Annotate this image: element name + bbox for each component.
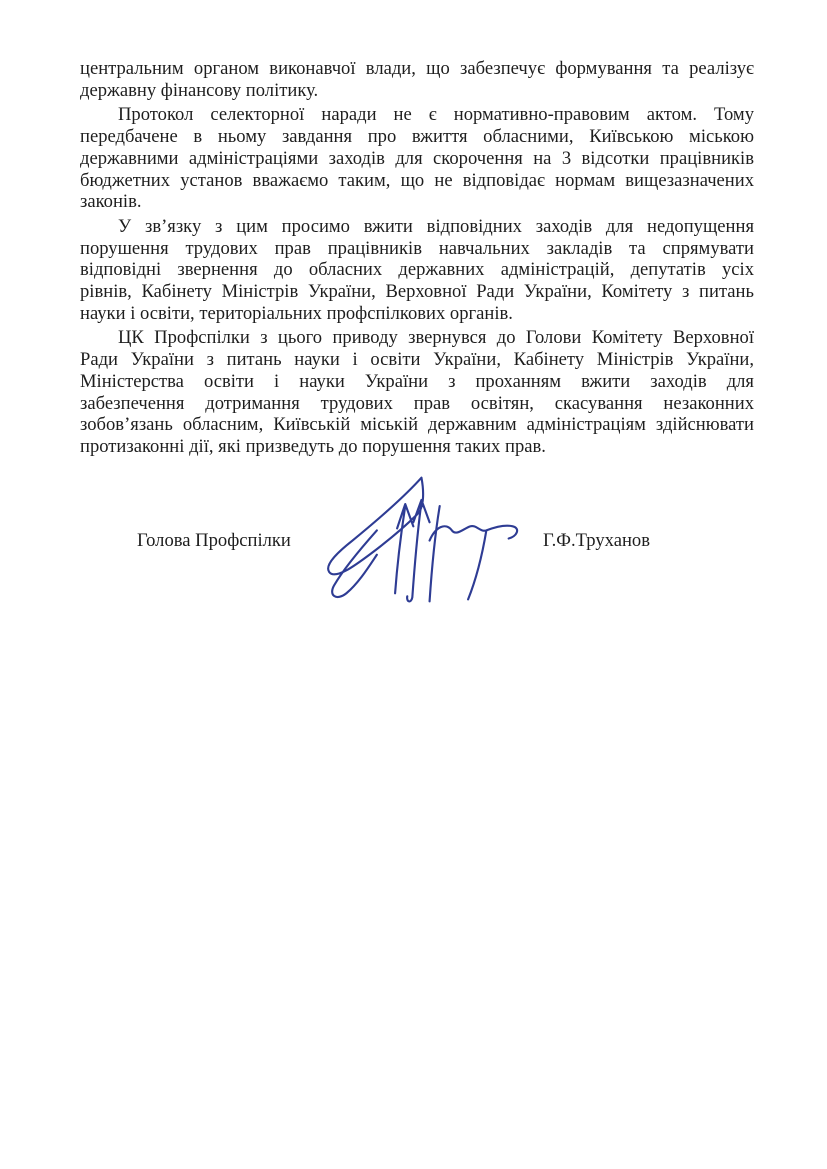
paragraph: У зв’язку з цим просимо вжити відповідни… [80, 216, 754, 325]
text-line: державну фінансову політику. [80, 80, 754, 102]
text-line: Міністерства освіти і науки України з пр… [80, 371, 754, 393]
signer-name: Г.Ф.Труханов [543, 530, 650, 552]
text-line: рівнів, Кабінету Міністрів України, Верх… [80, 281, 754, 303]
paragraph: центральним органом виконавчої влади, що… [80, 58, 754, 101]
text-line: центральним органом виконавчої влади, що… [80, 58, 754, 80]
text-line: Ради України з питань науки і освіти Укр… [80, 349, 754, 371]
letter-body: центральним органом виконавчої влади, що… [80, 58, 754, 458]
text-line: Протокол селекторної наради не є нормати… [80, 104, 754, 126]
signature-section: Голова Профспілки Г.Ф.Труханов [80, 461, 754, 631]
signature-stroke [328, 477, 517, 601]
signer-role: Голова Профспілки [137, 530, 291, 552]
text-line: державними адміністраціями заходів для с… [80, 148, 754, 170]
text-line: законів. [80, 191, 754, 213]
handwritten-signature-icon [316, 469, 534, 607]
text-line: забезпечення дотримання трудових прав ос… [80, 393, 754, 415]
text-line: ЦК Профспілки з цього приводу звернувся … [80, 327, 754, 349]
text-line: У зв’язку з цим просимо вжити відповідни… [80, 216, 754, 238]
text-line: передбачене в ньому завдання про вжиття … [80, 126, 754, 148]
text-line: зобов’язань обласним, Київській міській … [80, 414, 754, 436]
document-page: центральним органом виконавчої влади, що… [0, 0, 827, 1169]
text-line: відповідні звернення до обласних державн… [80, 259, 754, 281]
text-line: бюджетних установ вважаємо таким, що не … [80, 170, 754, 192]
paragraph: Протокол селекторної наради не є нормати… [80, 104, 754, 213]
text-line: протизаконні дії, які призведуть до пору… [80, 436, 754, 458]
paragraph: ЦК Профспілки з цього приводу звернувся … [80, 327, 754, 457]
text-line: порушення трудових прав працівників навч… [80, 238, 754, 260]
text-line: науки і освіти, територіальних профспілк… [80, 303, 754, 325]
